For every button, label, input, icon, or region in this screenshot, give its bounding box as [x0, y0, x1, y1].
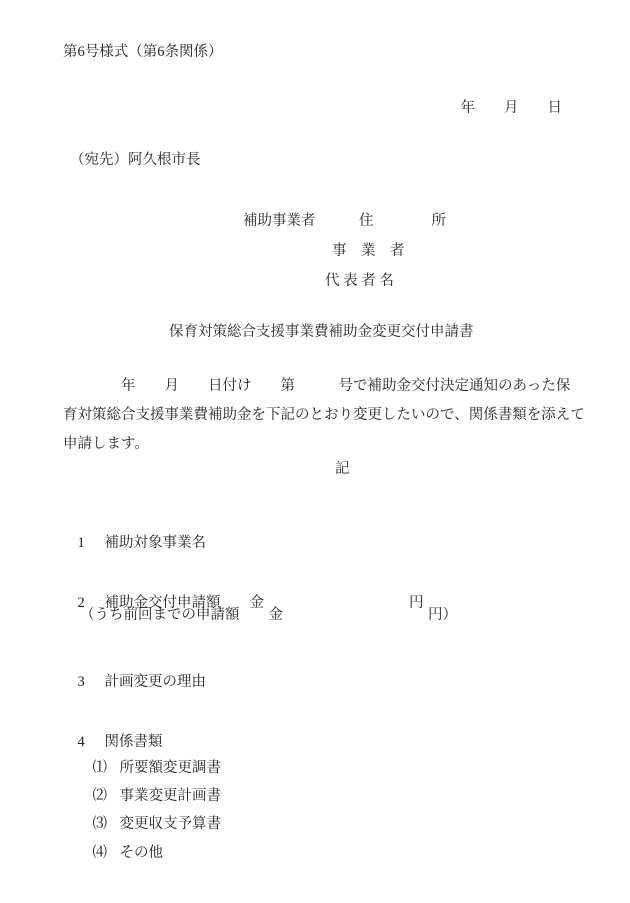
document-title: 保育対策総合支援事業費補助金変更交付申請書	[169, 324, 474, 341]
body-paragraph-line-2: 育対策総合支援事業費補助金を下記のとおり変更したいので、関係書類を添えて	[63, 407, 585, 424]
document-page: 第6号様式（第6条関係） 年 月 日 （宛先）阿久根市長 補助事業者 住 所 事…	[0, 0, 630, 903]
applicant-representative-line: 代 表 者 名	[325, 273, 394, 290]
item-1-label: 補助対象事業名	[105, 535, 207, 551]
addressee: （宛先）阿久根市長	[70, 152, 201, 169]
date-line: 年 月 日	[0, 100, 630, 117]
applicant-address-line: 補助事業者 住 所	[243, 213, 446, 230]
attachment-4-label: その他	[120, 845, 164, 861]
item-1: 1補助対象事業名	[63, 518, 206, 569]
form-number: 第6号様式（第6条関係）	[63, 44, 223, 61]
record-marker: 記	[335, 461, 350, 478]
body-paragraph-line-3: 申請します。	[63, 436, 149, 453]
item-3-label: 計画変更の理由	[105, 674, 207, 690]
item-2-note: （うち前回までの申請額 金 円）	[80, 607, 457, 624]
applicant-business-line: 事 業 者	[332, 243, 405, 260]
item-3: 3計画変更の理由	[63, 657, 206, 708]
attachment-4-number: ⑷	[93, 845, 120, 862]
body-paragraph-line-1: 年 月 日付け 第 号で補助金交付決定通知のあった保	[63, 378, 570, 395]
attachment-4: ⑷その他	[78, 828, 163, 879]
item-1-number: 1	[78, 535, 105, 552]
item-3-number: 3	[78, 674, 105, 691]
